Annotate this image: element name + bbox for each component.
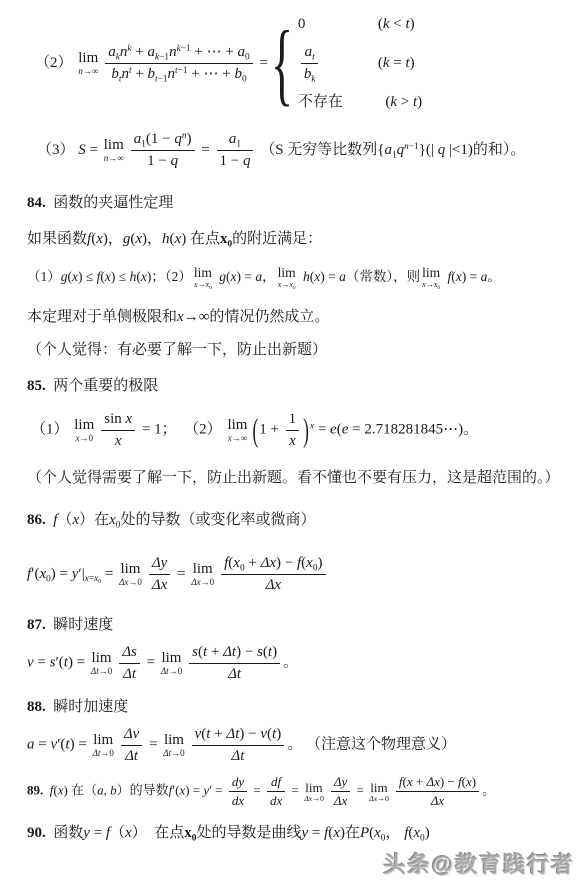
math-run: k	[383, 55, 390, 71]
numerator: f(x + Δx) − f(x)	[396, 774, 479, 791]
math-run: Δt	[228, 666, 241, 682]
text-run: →0	[100, 748, 114, 758]
cases-row: atbk(k = t)	[298, 43, 422, 85]
denominator: 1 − q	[131, 150, 195, 171]
limit-operator: limx→0	[74, 418, 94, 443]
denominator: Δx	[221, 574, 325, 595]
denominator: Δx	[331, 791, 350, 809]
limit-under: Δt→0	[163, 749, 184, 758]
limit-word: lim	[191, 562, 214, 577]
math-run: Δv	[124, 726, 139, 742]
paragraph-one-sided-limits: 本定理对于单侧极限和x→∞的情况仍然成立。	[27, 307, 577, 329]
text-run: )	[276, 726, 281, 742]
numerator: s(t + Δt) − s(t)	[189, 643, 280, 663]
bold-run: 87.	[27, 617, 46, 633]
math-run: Δx	[261, 555, 276, 571]
denominator: Δt	[119, 663, 140, 684]
formula-geometric-series-sum: （3） S = limn→∞a1(1 − qn)1 − q = a11 − q …	[27, 130, 577, 171]
math-run: ν	[27, 655, 34, 671]
superscript: n−1	[404, 142, 419, 152]
text-run: +	[132, 66, 148, 82]
text-run: 0	[245, 52, 250, 62]
limit-word: lim	[91, 651, 112, 666]
text-run: 如果函数	[27, 231, 87, 247]
text-run: =	[145, 737, 161, 753]
math-run: a	[238, 44, 246, 60]
text-run: =	[101, 566, 117, 582]
subscript: 0	[209, 286, 212, 291]
math-run: a	[339, 270, 346, 285]
text-run: ) =	[51, 566, 72, 582]
limit-operator: limx→x0	[422, 266, 440, 290]
limit-word: lim	[119, 562, 142, 577]
fraction: s(t + Δt) − s(t)Δt	[189, 643, 280, 684]
heading-85-two-important-limits: 85. 两个重要的极限	[27, 376, 577, 398]
text-run: ) =	[236, 270, 255, 285]
math-run: n	[169, 44, 177, 60]
fraction: ΔyΔx	[149, 554, 170, 595]
formula-instant-velocity: ν = s′(t) = limΔt→0ΔsΔt = limΔt→0s(t + Δ…	[27, 643, 577, 684]
text-run: →	[426, 280, 434, 289]
numerator: 1	[286, 410, 300, 430]
subscript: t−1	[155, 75, 168, 85]
text-run: 函数	[46, 825, 84, 841]
limit-under: Δx→0	[119, 578, 142, 587]
numerator: Δy	[331, 774, 350, 791]
limit-operator: limΔx→0	[369, 781, 389, 803]
math-run: Δx	[431, 793, 444, 808]
text-run: →0	[171, 748, 185, 758]
fraction: sin xx	[101, 410, 135, 451]
text-run: （个人觉得：有必要了解一下，防止出新题）	[27, 342, 327, 358]
math-run: df	[271, 774, 281, 789]
math-run: q	[171, 153, 179, 169]
math-run: b	[234, 66, 242, 82]
limit-operator: limx→∞	[227, 418, 247, 443]
text-run: 处的导数（或变化率或微商）	[120, 512, 315, 528]
limit-under: Δx→0	[191, 578, 214, 587]
numerator: Δs	[119, 643, 140, 663]
fraction: 1x	[286, 410, 300, 451]
limit-under: x→x0	[278, 281, 296, 291]
text-run: + ⋯ +	[191, 44, 238, 60]
text-run: =	[143, 655, 159, 671]
big-paren: )	[302, 406, 310, 454]
text-run: 两个重要的极限	[46, 378, 159, 394]
text-run: （常数），则	[346, 270, 420, 285]
limit-word: lim	[104, 138, 124, 153]
limit-under: x→∞	[227, 434, 247, 443]
numerator: Δy	[149, 554, 170, 574]
limit-operator: limΔt→0	[163, 733, 184, 758]
fraction: aknk + ak−1nk−1 + ⋯ + a0btnt + bt−1nt−1 …	[105, 43, 252, 85]
text-run: 1 −	[220, 153, 243, 169]
limit-word: lim	[161, 651, 182, 666]
subscript: t	[312, 52, 315, 62]
numerator: sin x	[101, 410, 135, 430]
text-run: →0	[201, 577, 215, 587]
math-run: n	[168, 66, 176, 82]
text-run: )	[272, 644, 277, 660]
numerator: a1(1 − qn)	[131, 130, 195, 151]
denominator: x	[286, 430, 300, 451]
denominator: dx	[229, 791, 247, 809]
fraction: v(t + Δt) − v(t)Δt	[192, 725, 285, 766]
text-run: →∞的情况仍然成立。	[184, 309, 330, 325]
text-run: )	[410, 55, 415, 71]
text-run: ) −	[440, 774, 458, 789]
math-run: x	[126, 411, 133, 427]
limit-word: lim	[194, 266, 212, 280]
fraction: ΔvΔt	[121, 725, 142, 766]
math-run: Δx	[304, 794, 312, 803]
heading-86-derivative-at-x0: 86. f（x）在x0处的导数（或变化率或微商）	[27, 510, 577, 532]
denominator: dx	[267, 791, 285, 809]
limit-operator: limΔx→0	[304, 781, 324, 803]
math-run: Δx	[152, 577, 167, 593]
text-run: )	[417, 94, 422, 110]
text-run: =	[34, 655, 50, 671]
math-run: h	[162, 231, 170, 247]
text-run: 1	[289, 411, 297, 427]
math-run: Δx	[119, 577, 128, 587]
math-run: x	[125, 825, 132, 841]
denominator: Δx	[396, 791, 479, 809]
fraction: dfdx	[267, 774, 285, 810]
text-run: +	[210, 726, 226, 742]
text-run: = 2.718281845⋯)。	[348, 422, 478, 438]
text-run: =	[250, 782, 264, 797]
math-run: Δt	[125, 748, 138, 764]
limit-word: lim	[74, 418, 94, 433]
math-run: x	[109, 512, 116, 528]
math-run: Δx	[266, 577, 281, 593]
math-run: b	[111, 66, 119, 82]
text-run: )	[472, 774, 476, 789]
text-run: →0	[80, 433, 94, 443]
document-page: （2） limn→∞aknk + ak−1nk−1 + ⋯ + a0btnt +…	[0, 0, 581, 845]
math-run: x	[177, 309, 184, 325]
formula-important-limits: （1） limx→0sin xx = 1； （2） limx→∞(1 + 1x)…	[27, 410, 577, 451]
math-run: Δx	[191, 577, 200, 587]
text-run: ） 在点	[132, 825, 185, 841]
heading-84-squeeze-theorem: 84. 函数的夹逼性定理	[27, 193, 577, 215]
limit-under: x→0	[74, 434, 94, 443]
formula-squeeze-conditions: （1）g(x) ≤ f(x) ≤ h(x)；（2）limx→x0 g(x) = …	[27, 266, 577, 290]
limit-operator: limx→x0	[278, 266, 296, 290]
heading-88-instant-acceleration: 88. 瞬时加速度	[27, 697, 577, 719]
text-run: )在	[340, 825, 360, 841]
limit-under: Δt→0	[161, 667, 182, 676]
text-run: 0	[209, 286, 212, 291]
text-run: =	[90, 825, 106, 841]
math-run: Δt	[123, 666, 136, 682]
denominator: btnt + bt−1nt−1 + ⋯ + b0	[105, 63, 252, 85]
text-run: 瞬时速度	[46, 617, 114, 633]
numerator: v(t + Δt) − v(t)	[192, 725, 285, 745]
math-run: x	[306, 555, 313, 571]
bold-run: 90.	[27, 825, 46, 841]
text-run: +	[207, 644, 223, 660]
math-run: x	[233, 555, 240, 571]
math-run: Δt	[91, 666, 99, 676]
text-run: −1	[178, 66, 188, 76]
math-run: Δx	[426, 774, 439, 789]
text-run: ) −	[276, 555, 297, 571]
math-run: q	[174, 131, 182, 147]
math-run: Δt	[223, 644, 236, 660]
text-run: −1	[159, 52, 169, 62]
text-run: = 1； （2）	[138, 422, 225, 438]
text-run: 0	[293, 286, 296, 291]
subscript: 0	[242, 75, 247, 85]
fraction: a11 − q	[217, 130, 254, 171]
limit-under: x→x0	[194, 281, 212, 291]
limit-word: lim	[369, 781, 389, 794]
text-run: ，	[385, 825, 404, 841]
text-run: ) =	[320, 270, 339, 285]
text-run: （个人觉得需要了解一下，防止出新题。看不懂也不要有压力，这是超范围的。）	[27, 470, 560, 486]
formula-derivative-definition: f′(x0) = y′|x=x0 = limΔx→0ΔyΔx = limΔx→0…	[27, 554, 577, 595]
math-run: a	[27, 737, 35, 753]
paragraph-personal-note-84: （个人觉得：有必要了解一下，防止出新题）	[27, 340, 577, 362]
paragraph-squeeze-premise: 如果函数f(x)，g(x)，h(x) 在点x0的附近满足：	[27, 229, 577, 251]
limit-word: lim	[78, 51, 98, 66]
text-run: ′ =	[209, 782, 226, 797]
fraction: ΔyΔx	[331, 774, 350, 810]
math-run: x	[374, 825, 381, 841]
formula-instant-acceleration: a = v′(t) = limΔt→0ΔvΔt = limΔt→0v(t + Δ…	[27, 725, 577, 766]
math-run: dx	[232, 793, 244, 808]
subscript: 1	[236, 139, 241, 149]
math-run: S	[78, 142, 86, 158]
text-run: 。	[487, 270, 501, 285]
math-run: g	[219, 270, 226, 285]
limit-under: Δx→0	[369, 795, 389, 803]
math-run: x	[289, 433, 296, 449]
fraction: ΔsΔt	[119, 643, 140, 684]
text-run: （2）	[35, 55, 76, 71]
text-run: 不存在	[298, 92, 343, 114]
text-run: 0	[437, 286, 440, 291]
math-run: x	[333, 825, 340, 841]
text-run: =	[308, 825, 324, 841]
math-run: Δt	[163, 748, 171, 758]
math-run: a	[305, 44, 313, 60]
text-run: 0	[242, 75, 247, 85]
text-run: )	[425, 825, 430, 841]
text-run: （	[110, 825, 125, 841]
denominator: Δt	[192, 745, 285, 766]
text-run: ) −	[239, 726, 260, 742]
limit-operator: limΔx→0	[119, 562, 142, 587]
paragraph-personal-note-85: （个人觉得需要了解一下，防止出新题。看不懂也不要有压力，这是超范围的。）	[27, 468, 577, 490]
text-run: （S 无穷等比数列{	[256, 142, 384, 158]
denominator: Δt	[121, 745, 142, 766]
subscript: 0	[293, 286, 296, 291]
text-run: 的附近满足：	[232, 231, 322, 247]
cases-group: {0(k < t)atbk(k = t)不存在 (k > t)	[272, 14, 422, 114]
numerator: df	[267, 774, 285, 791]
text-run: + ⋯ +	[188, 66, 235, 82]
watermark: 头条@教育践行者	[384, 848, 575, 879]
text-run: →	[198, 280, 206, 289]
math-run: x	[96, 231, 103, 247]
fraction: f(x + Δx) − f(x)Δx	[396, 774, 479, 810]
limit-word: lim	[227, 418, 247, 433]
text-run: )	[410, 16, 415, 32]
case-condition: (k > t)	[378, 92, 422, 114]
bold-run: 86.	[27, 512, 46, 528]
bold-run: 89.	[27, 782, 43, 797]
text-run: （	[57, 512, 72, 528]
math-run: k	[390, 94, 397, 110]
big-paren: (	[251, 406, 259, 454]
case-condition: (k = t)	[378, 53, 415, 75]
math-run: dy	[232, 774, 244, 789]
text-run: 1 +	[259, 422, 282, 438]
cases-rows: 0(k < t)atbk(k = t)不存在 (k > t)	[298, 14, 422, 114]
text-run: =	[198, 142, 214, 158]
text-run: 函数的夹逼性定理	[46, 195, 174, 211]
math-run: n	[121, 66, 129, 82]
fraction: a1(1 − qn)1 − q	[131, 130, 195, 171]
text-run: }(|	[419, 142, 438, 158]
text-run: 0	[298, 14, 306, 36]
text-run: (1 −	[146, 131, 174, 147]
text-run: ) =	[462, 270, 481, 285]
limit-operator: limΔt→0	[161, 651, 182, 676]
limit-operator: limx→x0	[194, 266, 212, 290]
text-run: ）在	[79, 512, 109, 528]
fraction: f(x0 + Δx) − f(x0)Δx	[221, 554, 325, 595]
limit-under: x→x0	[422, 281, 440, 291]
fraction: dydx	[229, 774, 247, 810]
text-run: sin	[104, 411, 125, 427]
text-run: 。 （注意这个物理意义）	[287, 737, 456, 753]
limit-word: lim	[278, 266, 296, 280]
math-run: k	[311, 75, 315, 85]
math-run: Δs	[122, 644, 137, 660]
text-run: →∞	[232, 433, 247, 443]
text-run: ) ≤	[78, 270, 97, 285]
text-run: =	[35, 737, 51, 753]
text-run: ′(	[55, 655, 63, 671]
text-run: −1	[158, 75, 168, 85]
subscript: k	[311, 75, 315, 85]
text-run: =	[256, 55, 272, 71]
heading-87-instant-velocity: 87. 瞬时速度	[27, 615, 577, 637]
math-run: dx	[270, 793, 282, 808]
text-run: 本定理对于单侧极限和	[27, 309, 177, 325]
denominator: Δt	[189, 663, 280, 684]
left-brace: {	[271, 20, 293, 107]
limit-word: lim	[422, 266, 440, 280]
text-run: ) ≤	[111, 270, 130, 285]
text-run: 。	[482, 782, 495, 797]
math-run: e	[330, 422, 337, 438]
math-run: Δt	[226, 726, 239, 742]
denominator: 1 − q	[217, 150, 254, 171]
text-run: =	[86, 142, 102, 158]
subscript: 0	[437, 286, 440, 291]
text-run: +	[245, 555, 261, 571]
text-run: >	[397, 94, 413, 110]
numerator: at	[301, 43, 319, 64]
formula-polynomial-ratio-limit: （2） limn→∞aknk + ak−1nk−1 + ⋯ + a0btnt +…	[27, 14, 577, 114]
math-run: Δy	[152, 555, 167, 571]
text-run: )，	[142, 231, 162, 247]
text-run: →0	[377, 794, 389, 803]
math-run: P	[360, 825, 369, 841]
paragraph-90-tangent-line: 90. 函数y = f（x） 在点x0处的导数是曲线y = f(x)在P(x0，…	[27, 823, 577, 845]
text-run: +	[413, 774, 427, 789]
superscript: k−1	[177, 44, 191, 54]
text-run: =	[288, 782, 302, 797]
math-run: Δy	[334, 774, 347, 789]
text-run: 1 −	[147, 153, 170, 169]
text-run: ) 在（	[64, 782, 98, 797]
case-value: 不存在	[298, 92, 378, 114]
bold-run: 88.	[27, 699, 46, 715]
text-run: →0	[312, 794, 324, 803]
limit-word: lim	[93, 733, 114, 748]
limit-under: Δt→0	[91, 667, 112, 676]
subscript: k−1	[155, 52, 169, 62]
text-run: +	[132, 44, 148, 60]
math-run: a	[148, 44, 156, 60]
text-run: =	[173, 566, 189, 582]
text-run: ) =	[70, 737, 91, 753]
math-run: y	[83, 825, 90, 841]
limit-operator: limΔt→0	[93, 733, 114, 758]
text-run: −1	[409, 142, 419, 152]
numerator: aknk + ak−1nk−1 + ⋯ + a0	[105, 43, 252, 64]
text-run: ) 在点	[181, 231, 220, 247]
text-run: →0	[99, 666, 113, 676]
text-run: =	[353, 782, 367, 797]
subscript: x=x0	[85, 574, 101, 584]
text-run: 。	[283, 655, 298, 671]
text-run: −1	[181, 44, 191, 54]
math-run: b	[148, 66, 156, 82]
math-run: Δt	[161, 666, 169, 676]
limit-operator: limΔt→0	[91, 651, 112, 676]
text-run: （1）	[31, 422, 72, 438]
denominator: Δx	[149, 574, 170, 595]
text-run: →0	[169, 666, 183, 676]
text-run: )	[187, 131, 192, 147]
limit-operator: limn→∞	[78, 51, 98, 76]
text-run: )	[318, 555, 323, 571]
text-run: ) −	[236, 644, 257, 660]
numerator: dy	[229, 774, 247, 791]
math-run: k	[383, 16, 390, 32]
text-run: =	[390, 55, 406, 71]
denominator: bk	[301, 63, 319, 85]
bold-run: x	[184, 825, 192, 841]
cases-row: 不存在 (k > t)	[298, 92, 422, 114]
formula-derivative-on-interval: 89. f(x) 在（a, b）的导数f′(x) = y′ = dydx = d…	[27, 774, 577, 810]
text-run: |<1)的和）。	[445, 142, 525, 158]
text-run: →∞	[108, 153, 123, 163]
bold-run: 84.	[27, 195, 46, 211]
limit-operator: limn→∞	[104, 138, 124, 163]
limit-word: lim	[304, 781, 324, 794]
math-run: a	[108, 44, 116, 60]
case-value: atbk	[298, 43, 378, 85]
text-run: )，	[103, 231, 123, 247]
